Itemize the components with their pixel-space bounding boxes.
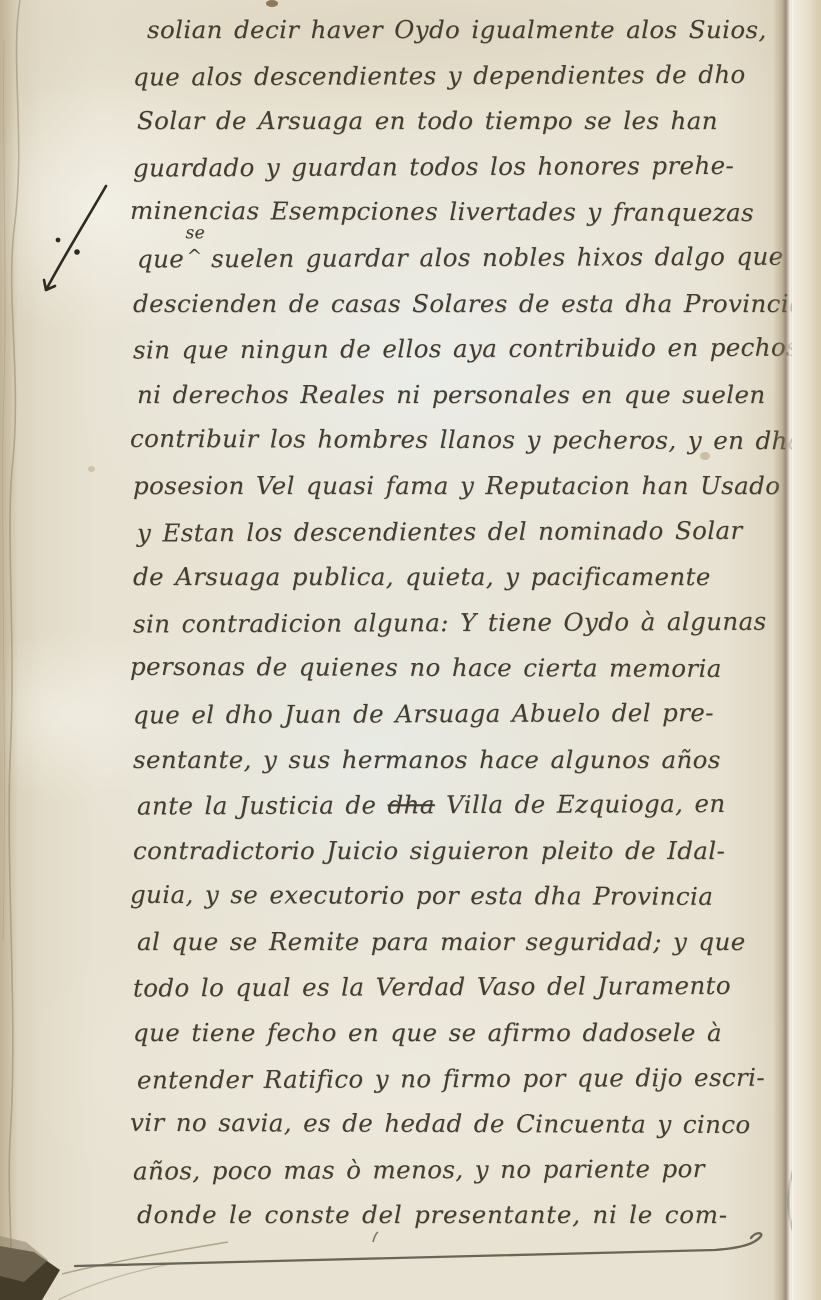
manuscript-line-with-strikethrough: ante la Justicia de dha Villa de Ezquiog… bbox=[137, 781, 801, 829]
interlinear-insertion: ^se bbox=[184, 243, 211, 268]
manuscript-line: y Estan los descendientes del nominado S… bbox=[137, 507, 801, 555]
struck-word: dha bbox=[387, 790, 434, 819]
line-pre-text: ante la Justicia de bbox=[137, 790, 376, 820]
manuscript-line: sin contradicion alguna: Y tiene Oydo à … bbox=[133, 598, 801, 647]
inserted-word: se bbox=[185, 225, 205, 242]
manuscript-line: ni derechos Reales ni personales en que … bbox=[137, 372, 801, 418]
next-page-edge bbox=[792, 0, 821, 1300]
manuscript-line: descienden de casas Solares de esta dha … bbox=[133, 281, 801, 327]
manuscript-line: que el dho Juan de Arsuaga Abuelo del pr… bbox=[133, 689, 801, 738]
manuscript-line: minencias Esempciones livertades y franq… bbox=[130, 188, 801, 236]
manuscript-line: años, poco mas ò menos, y no pariente po… bbox=[133, 1145, 801, 1194]
manuscript-line: que tiene fecho en que se afirmo dadosel… bbox=[133, 1010, 801, 1056]
manuscript-text: solian decir haver Oydo igualmente alos … bbox=[133, 7, 801, 1238]
manuscript-line: todo lo qual es la Verdad Vaso del Juram… bbox=[133, 963, 801, 1012]
line-post-text: suelen guardar alos nobles hixos dalgo q… bbox=[211, 242, 784, 273]
manuscript-line: sentante, y sus hermanos hace algunos añ… bbox=[133, 737, 801, 783]
manuscript-line: sin que ningun de ellos aya contribuido … bbox=[133, 325, 801, 374]
manuscript-line: Solar de Arsuaga en todo tiempo se les h… bbox=[137, 98, 801, 144]
paper-stain bbox=[88, 466, 95, 472]
manuscript-page: { "document": { "kind": "handwritten man… bbox=[0, 0, 821, 1300]
manuscript-line: vir no savia, es de hedad de Cincuenta y… bbox=[130, 1100, 801, 1148]
paper-stain bbox=[700, 452, 710, 460]
manuscript-line: de Arsuaga publica, quieta, y pacificame… bbox=[133, 554, 801, 600]
manuscript-line: donde le conste del presentante, ni le c… bbox=[137, 1192, 801, 1238]
manuscript-line: que alos descendientes y dependientes de… bbox=[133, 51, 801, 100]
manuscript-line: personas de quienes no hace cierta memor… bbox=[130, 644, 801, 692]
manuscript-line: guia, y se executorio por esta dha Provi… bbox=[130, 872, 801, 920]
manuscript-line: al que se Remite para maior seguridad; y… bbox=[137, 919, 801, 965]
manuscript-line: solian decir haver Oydo igualmente alos … bbox=[147, 7, 801, 53]
manuscript-line: guardado y guardan todos los honores pre… bbox=[133, 142, 801, 191]
manuscript-line: contradictorio Juicio siguieron pleito d… bbox=[133, 828, 801, 874]
manuscript-line-with-insertion: que^sesuelen guardar alos nobles hixos d… bbox=[137, 234, 801, 282]
line-pre-text: que bbox=[137, 244, 184, 273]
manuscript-line: entender Ratifico y no firmo por que dij… bbox=[137, 1054, 801, 1102]
ink-speck bbox=[266, 0, 278, 7]
manuscript-line: posesion Vel quasi fama y Reputacion han… bbox=[133, 463, 801, 509]
caret-mark: ^ bbox=[187, 248, 203, 266]
line-post-text: Villa de Ezquioga, en bbox=[446, 789, 726, 819]
